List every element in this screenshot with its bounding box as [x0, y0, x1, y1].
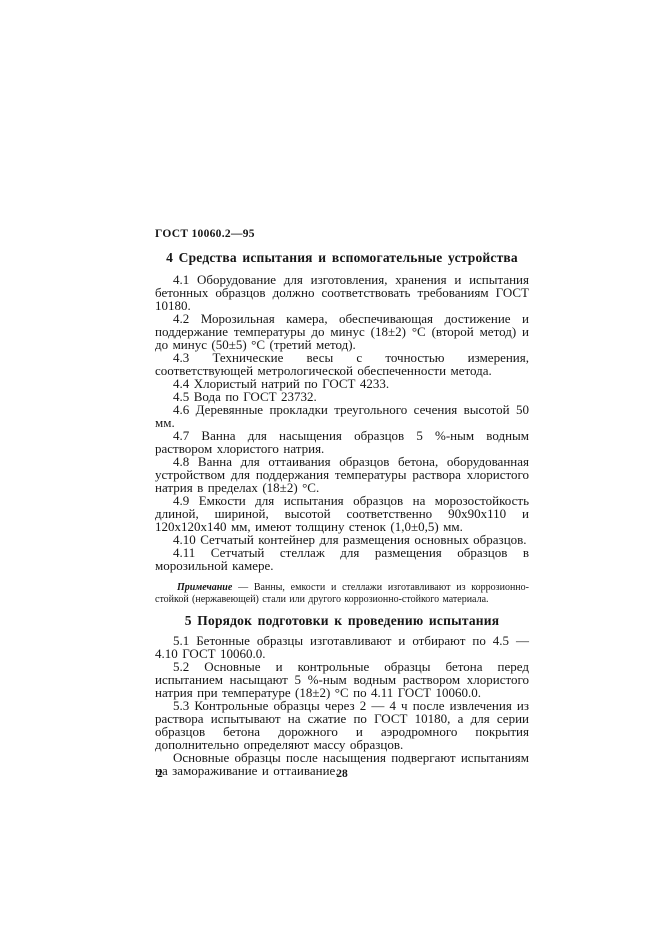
paragraph-4-11: 4.11 Сетчатый стеллаж для размещения обр…: [155, 546, 529, 572]
page-number-center: 28: [336, 768, 348, 780]
note-label: Примечание: [177, 582, 232, 593]
section-4-heading: 4 Средства испытания и вспомогательные у…: [155, 251, 529, 264]
paragraph-4-7: 4.7 Ванна для насыщения образцов 5 %-ным…: [155, 429, 529, 455]
document-code: ГОСТ 10060.2—95: [155, 228, 529, 241]
section-4-body: 4.1 Оборудование для изготовления, хране…: [155, 273, 529, 572]
paragraph-4-3: 4.3 Технические весы с точностью измерен…: [155, 351, 529, 377]
paragraph-4-9: 4.9 Емкости для испытания образцов на мо…: [155, 494, 529, 533]
paragraph-4-2: 4.2 Морозильная камера, обеспечивающая д…: [155, 312, 529, 351]
text-column: ГОСТ 10060.2—95 4 Средства испытания и в…: [155, 228, 529, 777]
paragraph-5-1: 5.1 Бетонные образцы изготавливают и отб…: [155, 634, 529, 660]
page-number-left: 2: [157, 768, 163, 780]
note: Примечание — Ванны, емкости и стеллажи и…: [155, 582, 529, 605]
paragraph-5-2: 5.2 Основные и контрольные образцы бетон…: [155, 660, 529, 699]
document-page: ГОСТ 10060.2—95 4 Средства испытания и в…: [0, 0, 661, 935]
paragraph-4-1: 4.1 Оборудование для изготовления, хране…: [155, 273, 529, 312]
paragraph-5-3: 5.3 Контрольные образцы через 2 — 4 ч по…: [155, 699, 529, 751]
paragraph-4-8: 4.8 Ванна для оттаивания образцов бетона…: [155, 455, 529, 494]
page-footer: 2 28: [155, 768, 529, 782]
paragraph-4-6: 4.6 Деревянные прокладки треугольного се…: [155, 403, 529, 429]
section-5-body: 5.1 Бетонные образцы изготавливают и отб…: [155, 634, 529, 777]
section-5-heading: 5 Порядок подготовки к проведению испыта…: [155, 614, 529, 627]
